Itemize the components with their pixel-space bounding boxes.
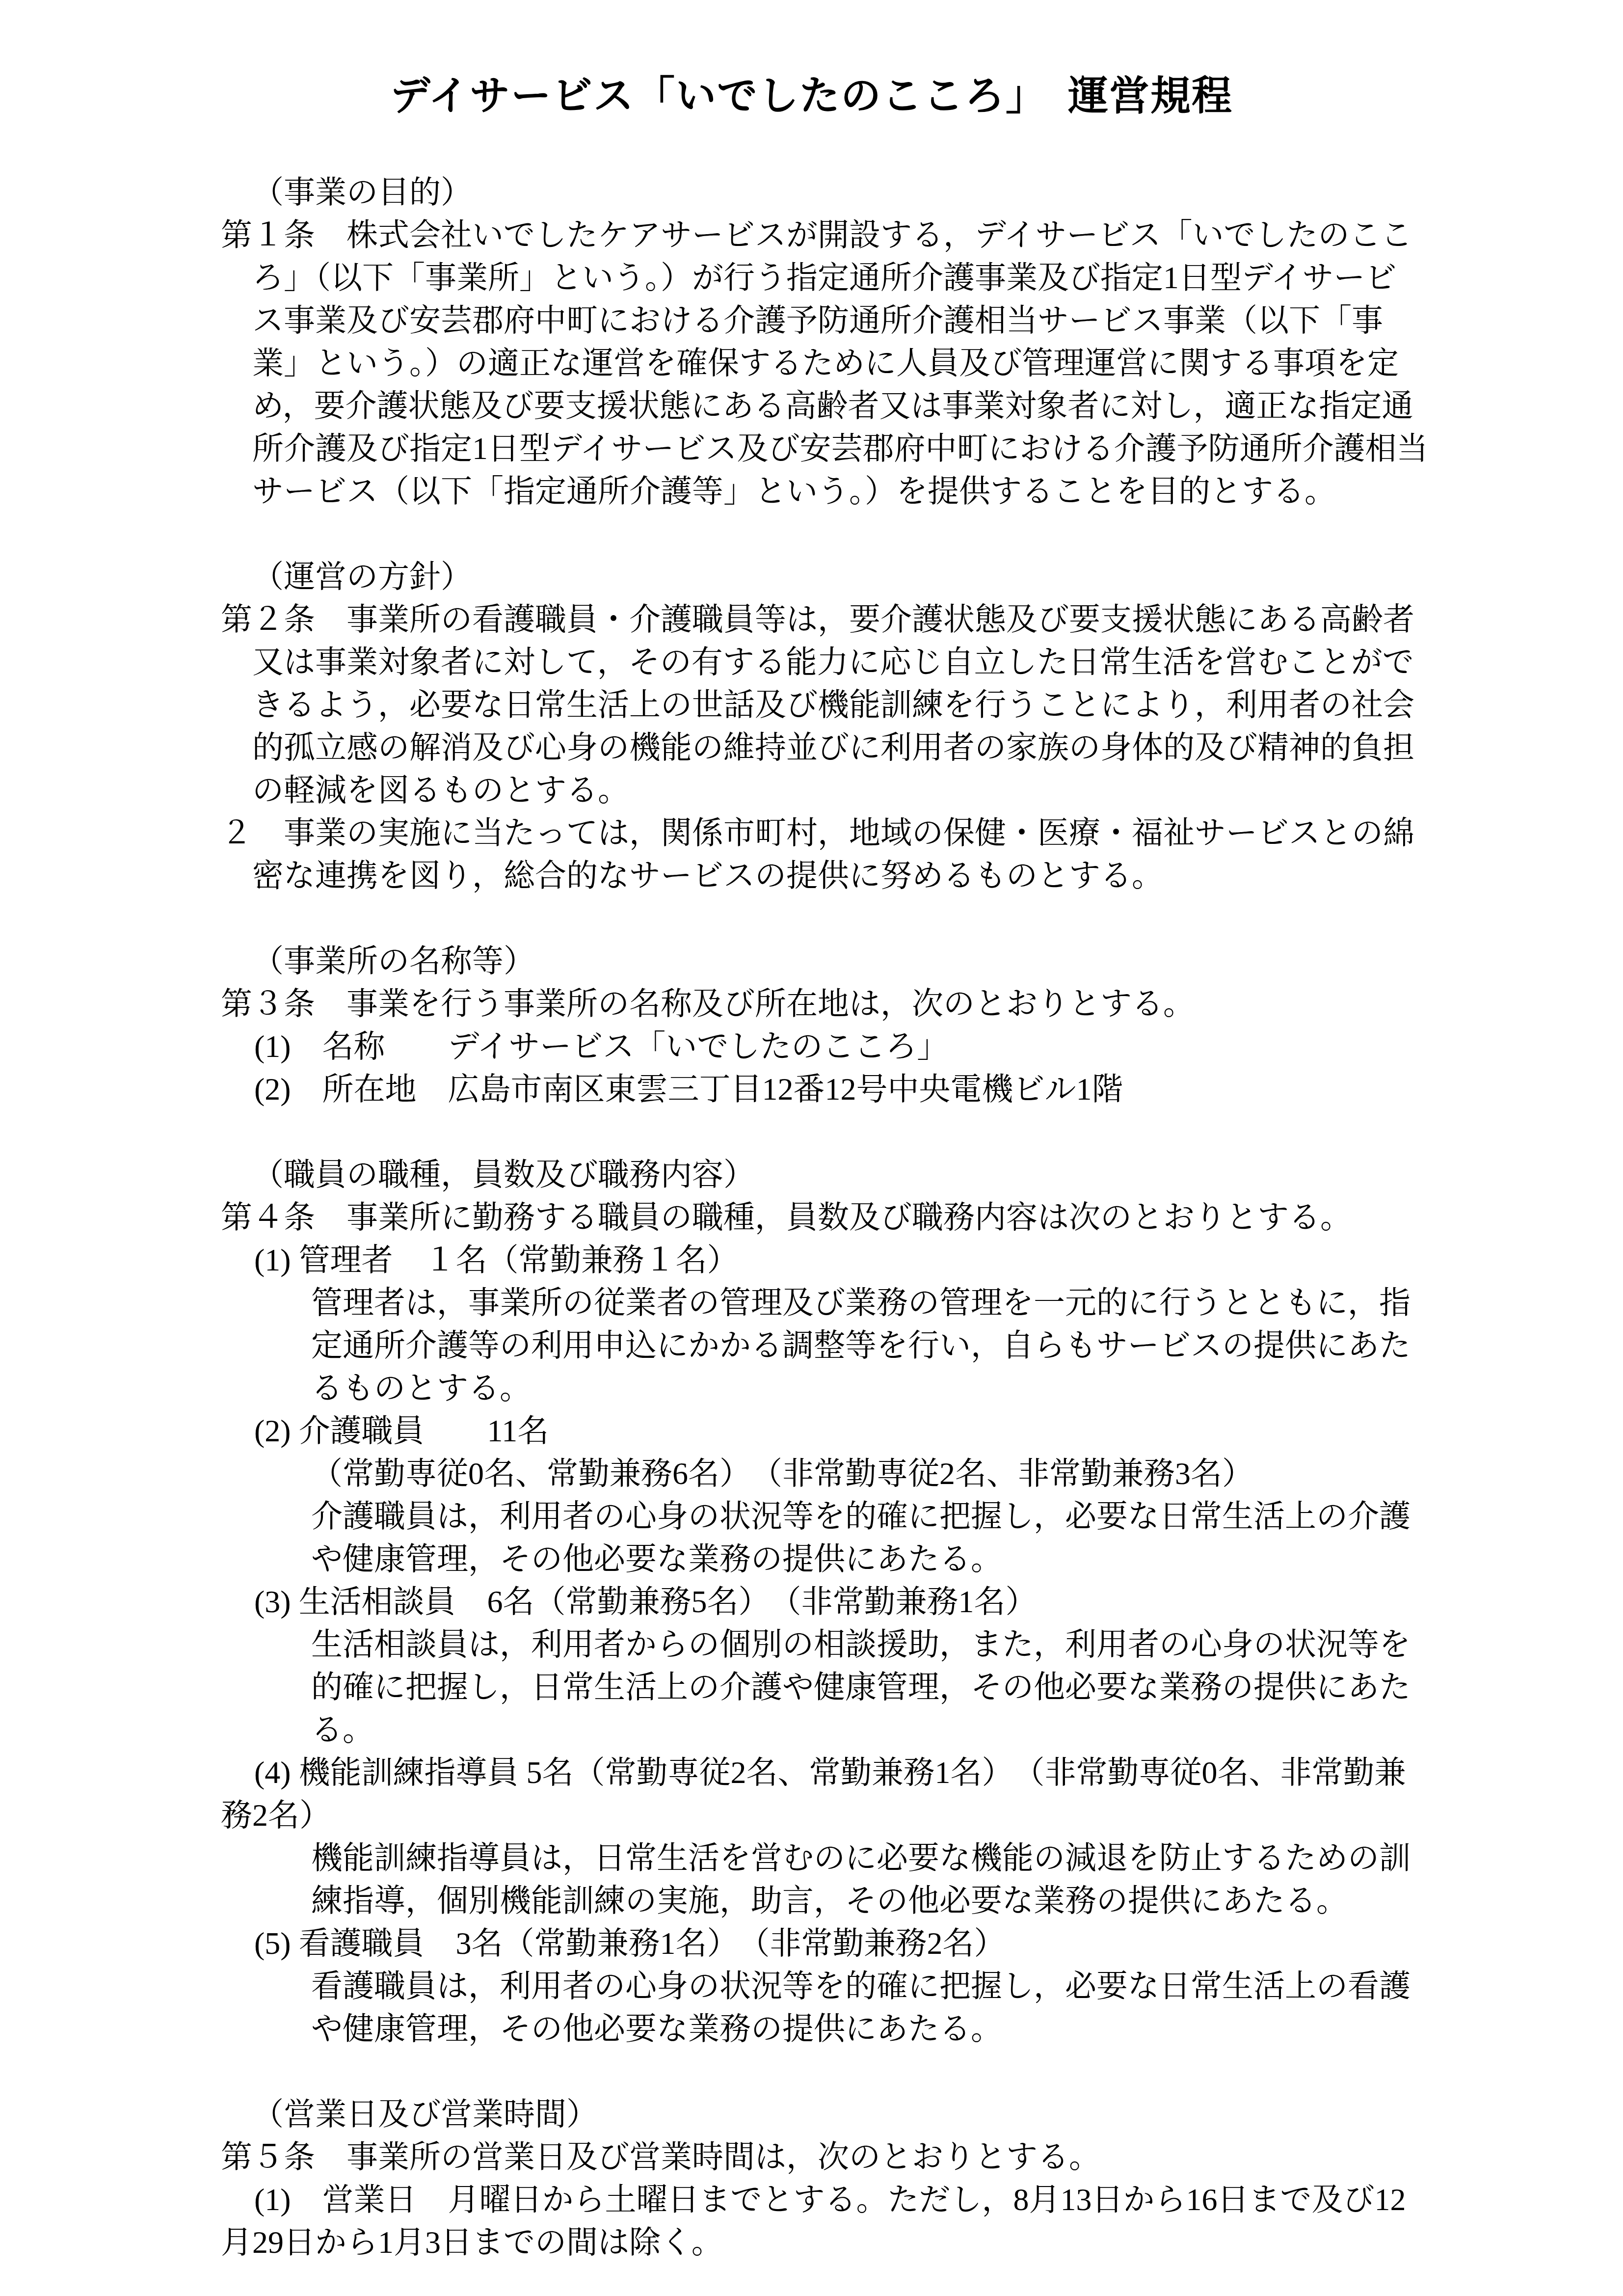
text-line: 管理者は，事業所の従業者の管理及び業務の管理を一元的に行うとともに，指 bbox=[221, 1281, 1500, 1324]
text-line: 又は事業対象者に対して，その有する能力に応じ自立した日常生活を営むことがで bbox=[221, 641, 1500, 683]
text-line: 介護職員は，利用者の心身の状況等を的確に把握し，必要な日常生活上の介護 bbox=[221, 1495, 1500, 1538]
text-line: 密な連携を図り，総合的なサービスの提供に努めるものとする。 bbox=[221, 854, 1500, 897]
text-line: (1) 名称 デイサービス「いでしたのこころ」 bbox=[221, 1025, 1500, 1068]
section-heading: （営業日及び営業時間） bbox=[221, 2093, 1500, 2135]
text-line: （常勤専従0名、常勤兼務6名） （非常勤専従2名、非常勤兼務3名） bbox=[221, 1452, 1500, 1495]
text-line: 的孤立感の解消及び心身の機能の維持並びに利用者の家族の身体的及び精神的負担 bbox=[221, 726, 1500, 769]
text-line: (4) 機能訓練指導員 5名（常勤専従2名、常勤兼務1名） （非常勤専従0名、非… bbox=[221, 1751, 1500, 1794]
text-line: 第３条 事業を行う事業所の名称及び所在地は，次のとおりとする。 bbox=[221, 982, 1500, 1025]
section-heading: （事業所の名称等） bbox=[221, 940, 1500, 982]
text-line: (1) 営業日 月曜日から土曜日までとする。ただし，8月13日から16日まで及び… bbox=[221, 2178, 1500, 2221]
text-line: 生活相談員は，利用者からの個別の相談援助，また，利用者の心身の状況等を bbox=[221, 1623, 1500, 1666]
document-title: デイサービス「いでしたのこころ」 運営規程 bbox=[0, 0, 1623, 124]
text-line: 機能訓練指導員は，日常生活を営むのに必要な機能の減退を防止するための訓 bbox=[221, 1837, 1500, 1879]
text-line: きるよう，必要な日常生活上の世話及び機能訓練を行うことにより，利用者の社会 bbox=[221, 683, 1500, 726]
text-line: め，要介護状態及び要支援状態にある高齢者又は事業対象者に対し，適正な指定通 bbox=[221, 384, 1500, 427]
text-line: サービス（以下「指定通所介護等」という。）を提供することを目的とする。 bbox=[221, 470, 1500, 513]
text-line: ２ 事業の実施に当たっては，関係市町村，地域の保健・医療・福祉サービスとの綿 bbox=[221, 811, 1500, 854]
text-line: ス事業及び安芸郡府中町における介護予防通所介護相当サービス事業（以下「事 bbox=[221, 299, 1500, 342]
document-section-4: （職員の職種，員数及び職務内容）第４条 事業所に勤務する職員の職種，員数及び職務… bbox=[221, 1153, 1500, 2050]
text-line: (5) 看護職員 3名（常勤兼務1名） （非常勤兼務2名） bbox=[221, 1922, 1500, 1965]
text-line: るものとする。 bbox=[221, 1367, 1500, 1409]
document-body: （事業の目的）第１条 株式会社いでしたケアサービスが開設する，デイサービス「いで… bbox=[221, 171, 1500, 2264]
section-heading: （事業の目的） bbox=[221, 171, 1500, 214]
text-line: 月29日から1月3日までの間は除く。 bbox=[221, 2221, 1500, 2264]
text-line: 第４条 事業所に勤務する職員の職種，員数及び職務内容は次のとおりとする。 bbox=[221, 1196, 1500, 1239]
text-line: 看護職員は，利用者の心身の状況等を的確に把握し，必要な日常生活上の看護 bbox=[221, 1965, 1500, 2007]
text-line: 第２条 事業所の看護職員・介護職員等は，要介護状態及び要支援状態にある高齢者 bbox=[221, 598, 1500, 641]
section-heading: （運営の方針） bbox=[221, 555, 1500, 598]
text-line: や健康管理，その他必要な業務の提供にあたる。 bbox=[221, 1538, 1500, 1580]
text-line: 務2名） bbox=[221, 1794, 1500, 1837]
text-line: (1) 管理者 １名（常勤兼務１名） bbox=[221, 1239, 1500, 1281]
document-section-3: （事業所の名称等）第３条 事業を行う事業所の名称及び所在地は，次のとおりとする。… bbox=[221, 940, 1500, 1110]
text-line: の軽減を図るものとする。 bbox=[221, 769, 1500, 811]
text-line: (2) 介護職員 11名 bbox=[221, 1409, 1500, 1452]
text-line: 第１条 株式会社いでしたケアサービスが開設する，デイサービス「いでしたのここ bbox=[221, 214, 1500, 256]
text-line: 練指導，個別機能訓練の実施，助言，その他必要な業務の提供にあたる。 bbox=[221, 1879, 1500, 1922]
text-line: (3) 生活相談員 6名（常勤兼務5名） （非常勤兼務1名） bbox=[221, 1580, 1500, 1623]
text-line: 所介護及び指定1日型デイサービス及び安芸郡府中町における介護予防通所介護相当 bbox=[221, 427, 1500, 470]
section-heading: （職員の職種，員数及び職務内容） bbox=[221, 1153, 1500, 1196]
document-page: デイサービス「いでしたのこころ」 運営規程 （事業の目的）第１条 株式会社いでし… bbox=[0, 0, 1623, 2296]
text-line: 定通所介護等の利用申込にかかる調整等を行い，自らもサービスの提供にあた bbox=[221, 1324, 1500, 1367]
text-line: 業」という。）の適正な運営を確保するために人員及び管理運営に関する事項を定 bbox=[221, 342, 1500, 384]
text-line: や健康管理，その他必要な業務の提供にあたる。 bbox=[221, 2007, 1500, 2050]
text-line: ろ」（以下「事業所」という。）が行う指定通所介護事業及び指定1日型デイサービ bbox=[221, 256, 1500, 299]
text-line: る。 bbox=[221, 1708, 1500, 1751]
text-line: 的確に把握し，日常生活上の介護や健康管理，その他必要な業務の提供にあた bbox=[221, 1666, 1500, 1708]
text-line: (2) 所在地 広島市南区東雲三丁目12番12号中央電機ビル1階 bbox=[221, 1068, 1500, 1110]
document-section-5: （営業日及び営業時間）第５条 事業所の営業日及び営業時間は，次のとおりとする。(… bbox=[221, 2093, 1500, 2264]
document-section-2: （運営の方針）第２条 事業所の看護職員・介護職員等は，要介護状態及び要支援状態に… bbox=[221, 555, 1500, 897]
document-section-1: （事業の目的）第１条 株式会社いでしたケアサービスが開設する，デイサービス「いで… bbox=[221, 171, 1500, 513]
text-line: 第５条 事業所の営業日及び営業時間は，次のとおりとする。 bbox=[221, 2135, 1500, 2178]
